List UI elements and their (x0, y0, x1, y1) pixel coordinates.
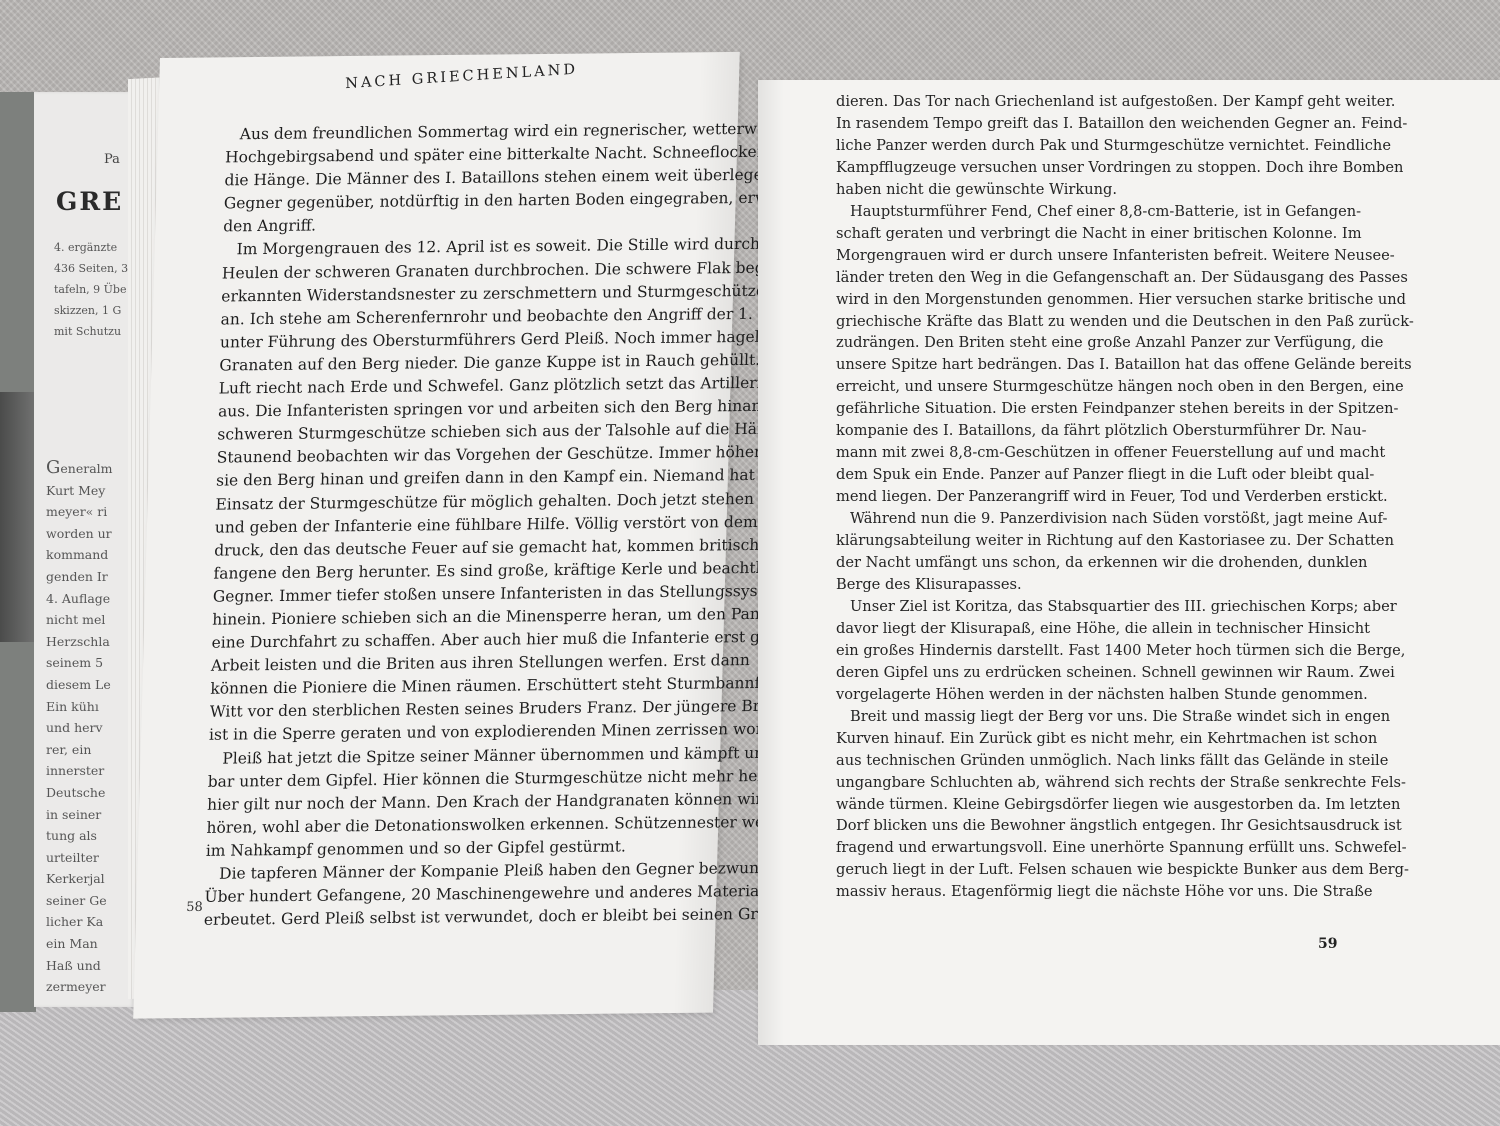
running-head: NACH GRIECHENLAND (345, 62, 578, 93)
page-number-left: 58 (186, 900, 203, 915)
text-line: davor liegt der Klisurapaß, eine Höhe, d… (836, 618, 1336, 640)
right-page-text: dieren. Das Tor nach Griechenland ist au… (836, 91, 1336, 903)
jacket-blurb-line: meyer« ri (46, 501, 113, 523)
jacket-blurb-line: worden ur (46, 523, 113, 545)
text-line: Kurven hinauf. Ein Zurück gibt es nicht … (836, 728, 1336, 750)
jacket-author-fragment: Pa (104, 152, 120, 167)
text-line: dem Spuk ein Ende. Panzer auf Panzer fli… (836, 464, 1336, 486)
text-line: liche Panzer werden durch Pak und Sturmg… (836, 135, 1336, 157)
text-line: massiv heraus. Etagenförmig liegt die nä… (836, 881, 1336, 903)
jacket-blurb-line: Deutsche (46, 782, 113, 804)
jacket-blurb-line: Herzschla (46, 631, 113, 653)
text-line: zudrängen. Den Briten steht eine große A… (836, 332, 1336, 354)
text-line: Kampfflugzeuge versuchen unser Vordringe… (836, 157, 1336, 179)
jacket-blurb-line: in seiner (46, 804, 113, 826)
text-line: ungangbare Schluchten ab, während sich r… (836, 772, 1336, 794)
jacket-blurb-line: rer, ein (46, 739, 113, 761)
cover-image-fragment (0, 392, 36, 642)
jacket-blurb-first-line: Generalm (46, 457, 113, 480)
left-page-text: Aus dem freundlichen Sommertag wird ein … (204, 118, 726, 932)
jacket-blurb-line: innerster (46, 760, 113, 782)
jacket-blurb-line: und herv (46, 717, 113, 739)
text-line: mann mit zwei 8,8-cm-Geschützen in offen… (836, 442, 1336, 464)
jacket-blurb-line: seinem 5 (46, 652, 113, 674)
book-cover-edge (0, 92, 36, 1012)
text-line: Unser Ziel ist Koritza, das Stabsquartie… (836, 596, 1336, 618)
text-line: Hauptsturmführer Fend, Chef einer 8,8-cm… (836, 201, 1336, 223)
text-line: fragend und erwartungsvoll. Eine unerhör… (836, 837, 1336, 859)
jacket-title-fragment: GRE (56, 187, 123, 216)
text-line: geruch liegt in der Luft. Felsen schauen… (836, 859, 1336, 881)
jacket-blurb-line: diesem Le (46, 674, 113, 696)
left-page: NACH GRIECHENLAND Aus dem freundlichen S… (133, 52, 740, 1019)
text-line: erbeutet. Gerd Pleiß selbst ist verwunde… (204, 904, 704, 932)
text-line: In rasendem Tempo greift das I. Bataillo… (836, 113, 1336, 135)
jacket-blurb-line: tung als (46, 825, 113, 847)
jacket-blurb-line: zermeyer (46, 976, 113, 998)
jacket-meta: 4. ergänzte436 Seiten, 3tafeln, 9 Übeski… (54, 237, 128, 342)
text-line: wird in den Morgenstunden genommen. Hier… (836, 289, 1336, 311)
right-page: dieren. Das Tor nach Griechenland ist au… (758, 80, 1500, 1045)
text-line: aus technischen Gründen unmöglich. Nach … (836, 750, 1336, 772)
jacket-blurb-line: 4. Auflage (46, 588, 113, 610)
text-line: klärungsabteilung weiter in Richtung auf… (836, 530, 1336, 552)
text-line: Berge des Klisurapasses. (836, 574, 1336, 596)
text-line: dieren. Das Tor nach Griechenland ist au… (836, 91, 1336, 113)
jacket-meta-line: skizzen, 1 G (54, 300, 128, 321)
text-line: Dorf blicken uns die Bewohner ängstlich … (836, 815, 1336, 837)
text-line: länder treten den Weg in die Gefangensch… (836, 267, 1336, 289)
text-line: der Nacht umfängt uns schon, da erkennen… (836, 552, 1336, 574)
text-line: Breit und massig liegt der Berg vor uns.… (836, 706, 1336, 728)
text-line: griechische Kräfte das Blatt zu wenden u… (836, 311, 1336, 333)
jacket-blurb-line: Kurt Mey (46, 480, 113, 502)
text-line: mend liegen. Der Panzerangriff wird in F… (836, 486, 1336, 508)
page-number-right: 59 (1318, 936, 1337, 952)
jacket-meta-line: tafeln, 9 Übe (54, 279, 128, 300)
text-line: wände türmen. Kleine Gebirgsdörfer liege… (836, 794, 1336, 816)
text-line: vorgelagerte Höhen werden in der nächste… (836, 684, 1336, 706)
jacket-blurb-line: licher Ka (46, 911, 113, 933)
jacket-blurb-line: Kerkerjal (46, 868, 113, 890)
text-line: Morgengrauen wird er durch unsere Infant… (836, 245, 1336, 267)
text-line: erreicht, und unsere Sturmgeschütze häng… (836, 376, 1336, 398)
jacket-meta-line: 4. ergänzte (54, 237, 128, 258)
jacket-blurb-line: kommand (46, 544, 113, 566)
text-line: schaft geraten und verbringt die Nacht i… (836, 223, 1336, 245)
jacket-blurb-line: Haß und (46, 955, 113, 977)
text-line: ein großes Hindernis darstellt. Fast 140… (836, 640, 1336, 662)
text-line: deren Gipfel uns zu erdrücken scheinen. … (836, 662, 1336, 684)
text-line: haben nicht die gewünschte Wirkung. (836, 179, 1336, 201)
text-line: kompanie des I. Bataillons, da fährt plö… (836, 420, 1336, 442)
jacket-blurb-line: nicht mel (46, 609, 113, 631)
jacket-blurb-line: ein Man (46, 933, 113, 955)
text-line: Während nun die 9. Panzerdivision nach S… (836, 508, 1336, 530)
dust-jacket-flap: Pa GRE 4. ergänzte436 Seiten, 3tafeln, 9… (34, 92, 134, 1007)
text-line: unsere Spitze hart bedrängen. Das I. Bat… (836, 354, 1336, 376)
jacket-blurb-line: seiner Ge (46, 890, 113, 912)
jacket-meta-line: mit Schutzu (54, 321, 128, 342)
text-line: gefährliche Situation. Die ersten Feindp… (836, 398, 1336, 420)
jacket-blurb-line: urteilter (46, 847, 113, 869)
jacket-blurb-line: genden Ir (46, 566, 113, 588)
jacket-blurb: Generalm Kurt Meymeyer« riworden urkomma… (46, 457, 113, 998)
jacket-blurb-line: Ein kühı (46, 696, 113, 718)
jacket-meta-line: 436 Seiten, 3 (54, 258, 128, 279)
